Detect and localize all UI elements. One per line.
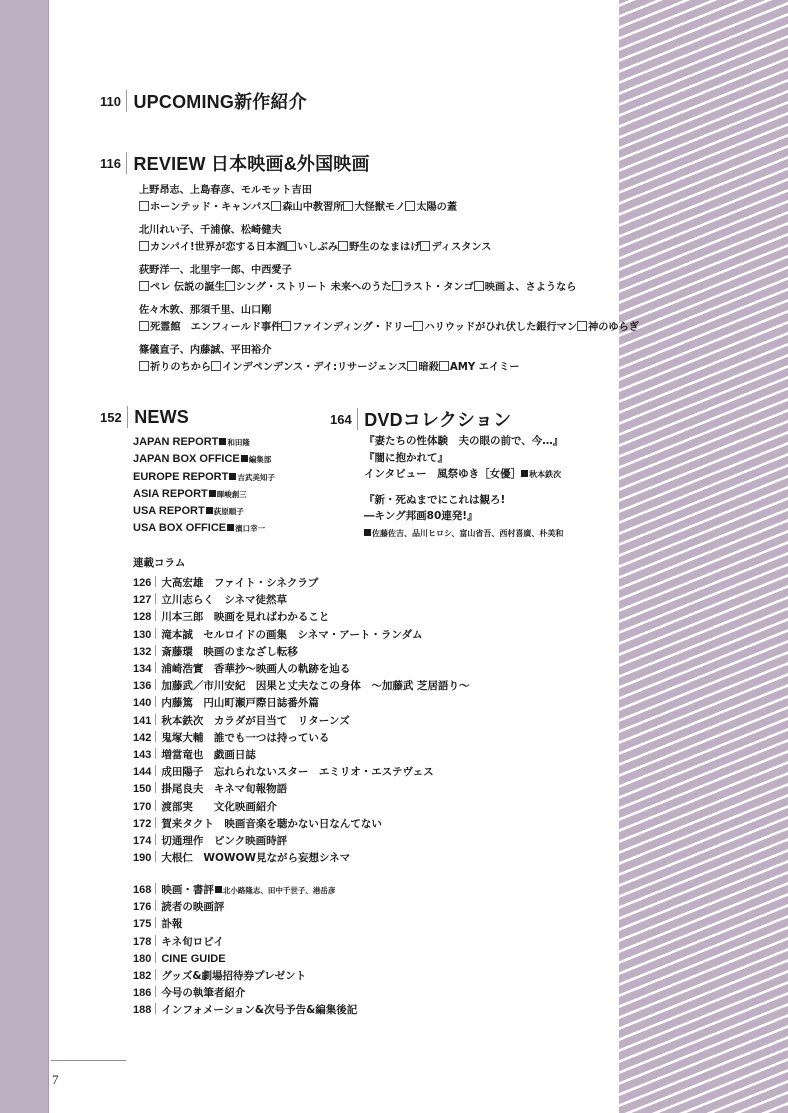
review-authors: 佐々木敦、那須千里、山口剛	[139, 302, 639, 319]
dvd-title[interactable]: 『闇に抱かれて』	[364, 450, 563, 467]
misc-item[interactable]: 176読者の映画評	[133, 899, 357, 916]
dvd-feature-title[interactable]: 『新・死ぬまでにこれは観ろ!	[364, 492, 563, 509]
film-item[interactable]: ラスト・タンゴ	[392, 282, 474, 293]
left-color-bar	[0, 0, 49, 1113]
column-item[interactable]: 134浦崎浩實 香華抄～映画人の軌跡を辿る	[133, 661, 470, 678]
page-number: 7	[52, 1072, 59, 1088]
writer-name: 秋本鉄次	[529, 470, 561, 479]
film-item[interactable]: 野生のなまはげ	[338, 242, 420, 253]
checkbox-square-icon	[392, 281, 402, 291]
film-item[interactable]: 大怪獣モノ	[343, 202, 405, 213]
film-item[interactable]: 死霊館 エンフィールド事件	[139, 322, 281, 333]
section-divider	[126, 90, 128, 112]
section-title: DVDコレクション	[364, 406, 511, 432]
film-item[interactable]: ディスタンス	[420, 242, 491, 253]
review-list: 上野昂志、上島春彦、モルモット吉田 ホーンテッド・キャンパス森山中教習所大怪獣モ…	[139, 182, 639, 382]
column-item[interactable]: 174切通理作 ピンク映画時評	[133, 833, 470, 850]
serial-columns: 連載コラム 126大高宏雄 ファイト・シネクラブ 127立川志らく シネマ徒然草…	[133, 555, 470, 867]
column-item[interactable]: 172賀来タクト 映画音楽を聴かない日なんてない	[133, 816, 470, 833]
misc-item[interactable]: 168映画・書評北小路隆志、田中千世子、港岳彦	[133, 882, 357, 899]
checkbox-square-icon	[211, 361, 221, 371]
news-item[interactable]: JAPAN REPORT和田隆	[133, 434, 275, 451]
film-item[interactable]: いしぶみ	[286, 242, 338, 253]
film-item[interactable]: 神のゆらぎ	[577, 322, 639, 333]
checkbox-square-icon	[407, 361, 417, 371]
square-bullet-icon	[229, 473, 236, 480]
section-page-number: 116	[100, 156, 121, 171]
checkbox-square-icon	[139, 281, 149, 291]
column-item[interactable]: 130滝本誠 セルロイドの画集 シネマ・アート・ランダム	[133, 627, 470, 644]
writer-name: 和田隆	[227, 438, 250, 447]
dvd-feature-list: 『妻たちの性体験 夫の眼の前で、今…』 『闇に抱かれて』 インタビュー 風祭ゆき…	[364, 433, 563, 542]
checkbox-square-icon	[405, 201, 415, 211]
column-item[interactable]: 140内藤篤 円山町瀬戸際日誌番外篇	[133, 695, 470, 712]
column-item[interactable]: 127立川志らく シネマ徒然草	[133, 592, 470, 609]
section-news[interactable]: 152 NEWS	[100, 406, 189, 428]
column-item[interactable]: 142鬼塚大輔 誰でも一つは持っている	[133, 730, 470, 747]
review-group: 北川れい子、千浦僚、松崎健夫 カンパイ!世界が恋する日本酒いしぶみ野生のなまはげ…	[139, 222, 639, 256]
checkbox-square-icon	[139, 321, 149, 331]
film-item[interactable]: 森山中教習所	[271, 202, 343, 213]
film-item[interactable]: 暗殺	[407, 362, 438, 373]
dvd-feature-subtitle[interactable]: ―キング邦画80連発!』	[364, 508, 563, 525]
news-list: JAPAN REPORT和田隆 JAPAN BOX OFFICE編集部 EURO…	[133, 434, 275, 538]
review-films: カンパイ!世界が恋する日本酒いしぶみ野生のなまはげディスタンス	[139, 239, 639, 256]
film-item[interactable]: 映画よ、さようなら	[474, 282, 577, 293]
writer-name: 吉武美知子	[237, 473, 275, 482]
misc-item[interactable]: 188インフォメーション&次号予告&編集後記	[133, 1002, 357, 1019]
review-group: 上野昂志、上島春彦、モルモット吉田 ホーンテッド・キャンパス森山中教習所大怪獣モ…	[139, 182, 639, 216]
dvd-feature-writers: 佐藤佐吉、品川ヒロシ、富山省吾、西村喜廣、朴美和	[364, 525, 563, 543]
column-item[interactable]: 132斎藤環 映画のまなざし転移	[133, 644, 470, 661]
writer-name: 荻原順子	[214, 507, 244, 516]
review-films: 祈りのちからインデペンデンス・デイ:リサージェンス暗殺AMY エイミー	[139, 359, 639, 376]
film-item[interactable]: カンパイ!世界が恋する日本酒	[139, 242, 286, 253]
section-dvd[interactable]: 164 DVDコレクション	[330, 406, 511, 432]
square-bullet-icon	[209, 490, 216, 497]
serial-columns-heading: 連載コラム	[133, 555, 470, 572]
square-bullet-icon	[241, 455, 248, 462]
column-item[interactable]: 126大高宏雄 ファイト・シネクラブ	[133, 575, 470, 592]
film-item[interactable]: シング・ストリート 未来へのうた	[225, 282, 392, 293]
review-group: 篠儀直子、内藤誠、平田裕介 祈りのちからインデペンデンス・デイ:リサージェンス暗…	[139, 342, 639, 376]
section-title: REVIEW 日本映画&外国映画	[133, 150, 369, 176]
misc-item[interactable]: 178キネ旬ロビイ	[133, 934, 357, 951]
writer-name: 北小路隆志、田中千世子、港岳彦	[223, 886, 336, 895]
checkbox-square-icon	[413, 321, 423, 331]
checkbox-square-icon	[139, 361, 149, 371]
film-item[interactable]: ペレ 伝説の誕生	[139, 282, 225, 293]
news-item[interactable]: EUROPE REPORT吉武美知子	[133, 469, 275, 486]
checkbox-square-icon	[343, 201, 353, 211]
review-films: ホーンテッド・キャンパス森山中教習所大怪獣モノ太陽の蓋	[139, 199, 639, 216]
writer-name: 佐藤佐吉、品川ヒロシ、富山省吾、西村喜廣、朴美和	[372, 529, 563, 538]
checkbox-square-icon	[474, 281, 484, 291]
review-authors: 北川れい子、千浦僚、松崎健夫	[139, 222, 639, 239]
film-item[interactable]: 祈りのちから	[139, 362, 211, 373]
square-bullet-icon	[219, 438, 226, 445]
section-divider	[126, 152, 128, 174]
section-page-number: 110	[100, 94, 121, 109]
film-item[interactable]: ハリウッドがひれ伏した銀行マン	[413, 322, 577, 333]
film-item[interactable]: 太陽の蓋	[405, 202, 457, 213]
review-films: ペレ 伝説の誕生シング・ストリート 未来へのうたラスト・タンゴ映画よ、さようなら	[139, 279, 639, 296]
film-item[interactable]: インデペンデンス・デイ:リサージェンス	[211, 362, 407, 373]
film-item[interactable]: ファインディング・ドリー	[281, 322, 413, 333]
column-item[interactable]: 190大根仁 WOWOW見ながら妄想シネマ	[133, 850, 470, 867]
news-item[interactable]: ASIA REPORT暉峻創三	[133, 486, 275, 503]
column-item[interactable]: 143増當竜也 戯画日誌	[133, 747, 470, 764]
review-authors: 荻野洋一、北里宇一郎、中西愛子	[139, 262, 639, 279]
news-item[interactable]: JAPAN BOX OFFICE編集部	[133, 451, 275, 468]
dvd-interview[interactable]: インタビュー 風祭ゆき［女優］秋本鉄次	[364, 466, 563, 484]
writer-name: 暉峻創三	[217, 490, 247, 499]
film-item[interactable]: ホーンテッド・キャンパス	[139, 202, 271, 213]
section-title: UPCOMING新作紹介	[133, 88, 306, 114]
checkbox-square-icon	[281, 321, 291, 331]
misc-contents: 168映画・書評北小路隆志、田中千世子、港岳彦 176読者の映画評 175訃報 …	[133, 882, 357, 1020]
checkbox-square-icon	[577, 321, 587, 331]
column-item[interactable]: 170渡部実 文化映画紹介	[133, 799, 470, 816]
checkbox-square-icon	[139, 201, 149, 211]
checkbox-square-icon	[338, 241, 348, 251]
column-item[interactable]: 141秋本鉄次 カラダが目当て リターンズ	[133, 713, 470, 730]
checkbox-square-icon	[420, 241, 430, 251]
square-bullet-icon	[364, 529, 371, 536]
column-item[interactable]: 136加藤武／市川安紀 因果と丈夫なこの身体 ～加藤武 芝居語り～	[133, 678, 470, 695]
review-authors: 上野昂志、上島春彦、モルモット吉田	[139, 182, 639, 199]
square-bullet-icon	[521, 470, 528, 477]
section-divider	[357, 408, 359, 430]
misc-item[interactable]: 186今号の執筆者紹介	[133, 985, 357, 1002]
striped-side-panel	[619, 0, 788, 1113]
checkbox-square-icon	[286, 241, 296, 251]
writer-name: 濱口幸一	[235, 524, 265, 533]
section-title: NEWS	[134, 407, 189, 428]
column-item[interactable]: 128川本三郎 映画を見ればわかること	[133, 609, 470, 626]
misc-item[interactable]: 175訃報	[133, 916, 357, 933]
footer-rule	[51, 1060, 126, 1061]
section-page-number: 152	[100, 410, 122, 425]
news-item[interactable]: USA REPORT荻原順子	[133, 503, 275, 520]
section-review[interactable]: 116 REVIEW 日本映画&外国映画	[100, 150, 370, 176]
section-divider	[127, 406, 129, 428]
square-bullet-icon	[215, 886, 222, 893]
checkbox-square-icon	[225, 281, 235, 291]
misc-item[interactable]: 180CINE GUIDE	[133, 951, 357, 968]
review-group: 佐々木敦、那須千里、山口剛 死霊館 エンフィールド事件ファインディング・ドリーハ…	[139, 302, 639, 336]
review-authors: 篠儀直子、内藤誠、平田裕介	[139, 342, 639, 359]
film-item[interactable]: AMY エイミー	[439, 362, 520, 373]
dvd-title[interactable]: 『妻たちの性体験 夫の眼の前で、今…』	[364, 433, 563, 450]
column-item[interactable]: 150掛尾良夫 キネマ旬報物語	[133, 781, 470, 798]
review-films: 死霊館 エンフィールド事件ファインディング・ドリーハリウッドがひれ伏した銀行マン…	[139, 319, 639, 336]
news-item[interactable]: USA BOX OFFICE濱口幸一	[133, 520, 275, 537]
square-bullet-icon	[206, 507, 213, 514]
checkbox-square-icon	[439, 361, 449, 371]
checkbox-square-icon	[271, 201, 281, 211]
checkbox-square-icon	[139, 241, 149, 251]
review-group: 荻野洋一、北里宇一郎、中西愛子 ペレ 伝説の誕生シング・ストリート 未来へのうた…	[139, 262, 639, 296]
square-bullet-icon	[227, 524, 234, 531]
section-upcoming[interactable]: 110 UPCOMING新作紹介	[100, 88, 307, 114]
writer-name: 編集部	[249, 455, 272, 464]
misc-item[interactable]: 182グッズ&劇場招待券プレゼント	[133, 968, 357, 985]
column-item[interactable]: 144成田陽子 忘れられないスター エミリオ・エステヴェス	[133, 764, 470, 781]
section-page-number: 164	[330, 412, 352, 427]
